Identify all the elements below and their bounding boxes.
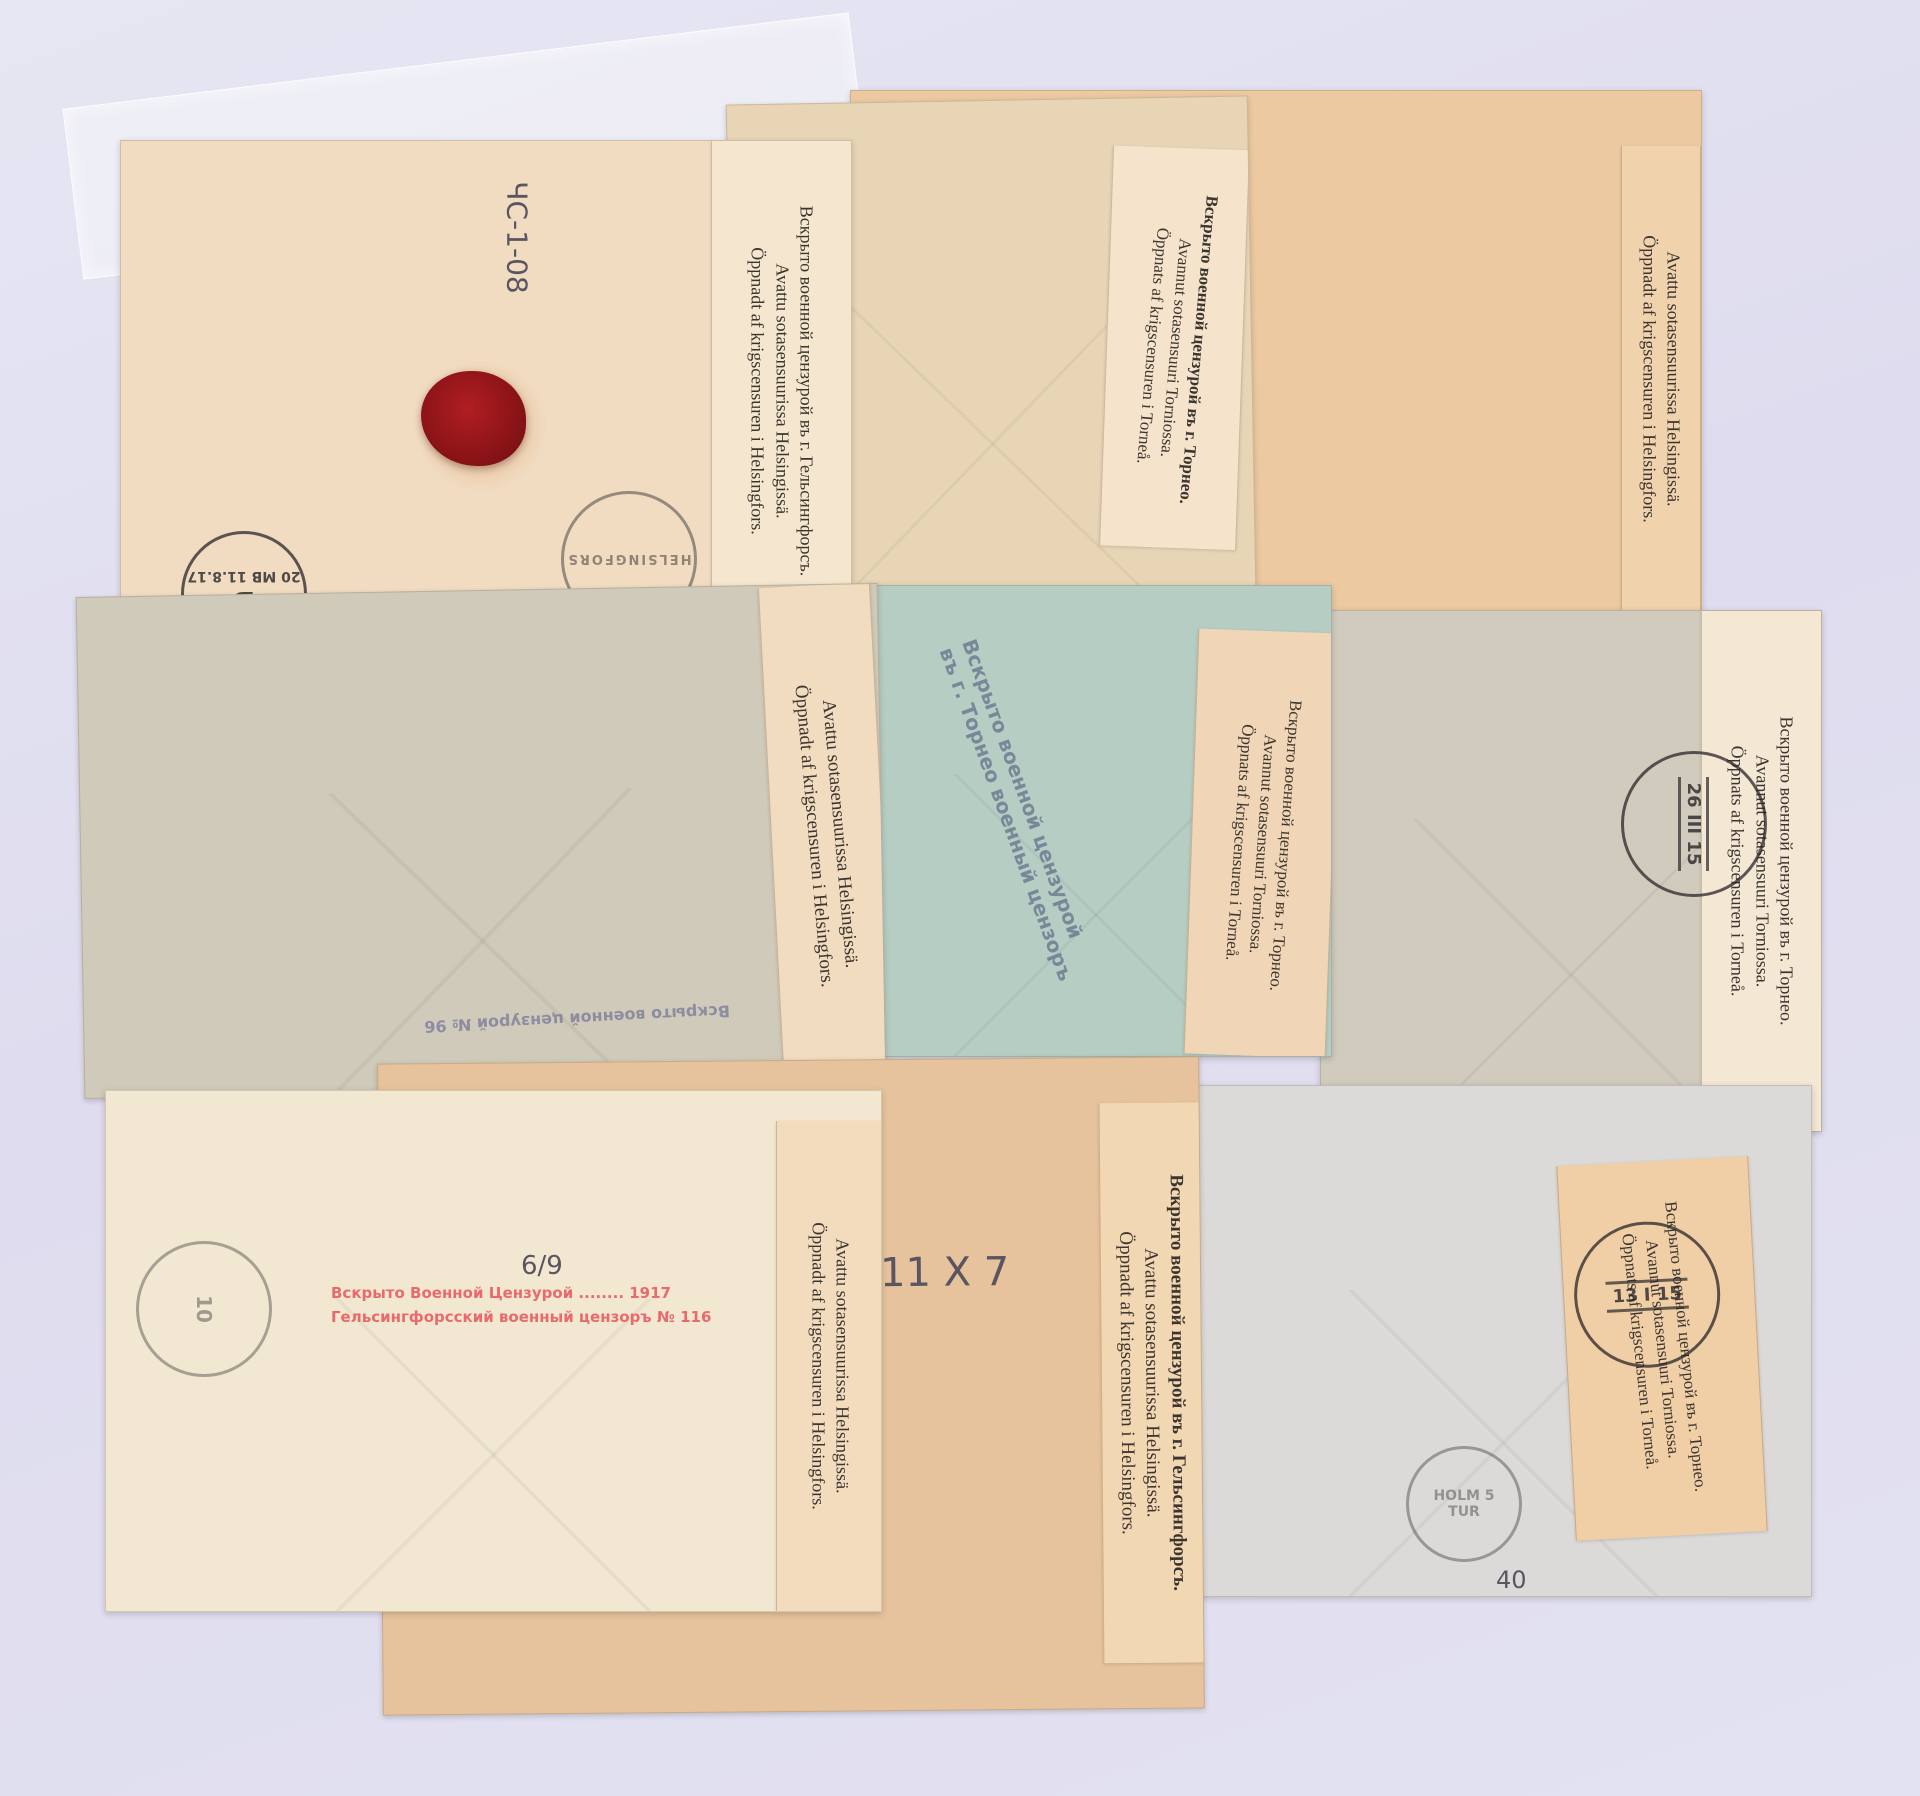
- censor-label: Вскрыто военной цензурой въ г. Гельсингф…: [711, 141, 852, 641]
- postmark-date: 26 III 15: [1679, 777, 1710, 872]
- censor-label-text: Avattu sotasensuurissa Helsingissä. Öppn…: [805, 1222, 854, 1509]
- envelope-top-left: ЧС-1-08 B 20 MB 11.8.17 HELSINGFORS Вскр…: [120, 140, 852, 642]
- label-line: Вскрыто военной цензурой въ г. Торнео.: [1774, 716, 1798, 1025]
- censor-label-text: Avattu sotasensuurissa Helsingissä. Öppn…: [1637, 235, 1686, 522]
- label-line: Öppnadt af krigscensuren i Helsingfors.: [1637, 235, 1661, 522]
- envelope-middle-green: Вскрыто военной цензурой въ г. Торнео во…: [860, 585, 1332, 1057]
- postmark-date: 10: [192, 1295, 216, 1323]
- censor-label-text: Вскрыто военной цензурой въ г. Торнео. A…: [1217, 696, 1306, 992]
- censor-label: Avattu sotasensuurissa Helsingissä. Öppn…: [776, 1121, 882, 1611]
- handstamp-line: Гельсингфорсский военный цензоръ № 116: [331, 1305, 711, 1329]
- pencil-note: ЧС-1-08: [501, 181, 534, 293]
- censor-label-text: Вскрыто военной цензурой въ г. Гельсингф…: [746, 206, 819, 577]
- censor-label: Вскрыто военной цензурой въ г. Торнео. A…: [1099, 146, 1250, 551]
- envelope-bottom-left: 6/9 Вскрыто Военной Цензурой ........ 19…: [105, 1090, 882, 1612]
- censor-label-text: Вскрыто военной цензурой въ г. Гельсингф…: [1112, 1174, 1193, 1591]
- label-line: Avattu sotasensuurissa Helsingissä.: [770, 206, 794, 577]
- postmark-stockholm-partial: HOLM 5 TUR: [1406, 1446, 1522, 1562]
- handstamp-line: Вскрыто Военной Цензурой ........ 1917: [331, 1281, 711, 1305]
- censor-label: Вскрыто военной цензурой въ г. Торнео. A…: [1184, 629, 1332, 1057]
- censor-label-text: Avattu sotasensuurissa Helsingissä. Öppn…: [788, 682, 866, 989]
- postmark-tornea: 13 I 15: [1570, 1218, 1723, 1371]
- postmark-date: 20 MB 11.8.17: [187, 569, 300, 585]
- envelope-middle-right: Вскрыто военной цензурой въ г. Торнео. A…: [1320, 610, 1822, 1132]
- postmark-sub: TUR: [1433, 1504, 1494, 1520]
- label-line: Avattu sotasensuurissa Helsingissä.: [1661, 235, 1685, 522]
- postmark-date: 13 I 15: [1606, 1277, 1689, 1312]
- label-line: Öppnadt af krigscensuren i Helsingfors.: [1112, 1175, 1141, 1592]
- censor-label-text: Вскрыто военной цензурой въ г. Торнео. A…: [1127, 191, 1223, 505]
- pencil-note: 11 X 7: [880, 1249, 1010, 1296]
- label-line: Avattu sotasensuurissa Helsingissä.: [1137, 1174, 1166, 1591]
- postmark-text: HOLM 5: [1433, 1488, 1494, 1504]
- label-line: Avannut sotasensuuri Torniossa.: [1750, 716, 1774, 1025]
- label-line: Вскрыто военной цензурой въ г. Гельсингф…: [794, 206, 818, 577]
- censor-label: Avattu sotasensuurissa Helsingissä. Öppn…: [1621, 146, 1701, 611]
- pencil-note: 40: [1496, 1566, 1527, 1594]
- red-censor-handstamp: Вскрыто Военной Цензурой ........ 1917 Г…: [331, 1281, 711, 1329]
- pencil-note: 6/9: [521, 1251, 563, 1281]
- label-line: Öppnadt af krigscensuren i Helsingfors.: [805, 1222, 829, 1509]
- envelope-collection-photo: Avattu sotasensuurissa Helsingissä. Öppn…: [0, 0, 1920, 1796]
- censor-label: Вскрыто военной цензурой въ г. Торнео. A…: [1556, 1156, 1767, 1541]
- postmark-text: HELSINGFORS: [566, 552, 691, 567]
- envelope-bottom-right: HOLM 5 TUR 40 Вскрыто военной цензурой в…: [1195, 1085, 1812, 1597]
- censor-label: Вскрыто военной цензурой въ г. Гельсингф…: [1099, 1102, 1205, 1663]
- envelope-middle-left: Вскрыто военной цензурой № 96 Avattu sot…: [76, 583, 887, 1099]
- label-line: Öppnadt af krigscensuren i Helsingfors.: [746, 206, 770, 577]
- label-line: Вскрыто военной цензурой въ г. Гельсингф…: [1163, 1174, 1192, 1591]
- postmark-partial: 10: [136, 1241, 272, 1377]
- label-line: Avattu sotasensuurissa Helsingissä.: [830, 1222, 854, 1509]
- postmark-tornea: 26 III 15: [1621, 751, 1767, 897]
- envelope-flap: [80, 784, 885, 1098]
